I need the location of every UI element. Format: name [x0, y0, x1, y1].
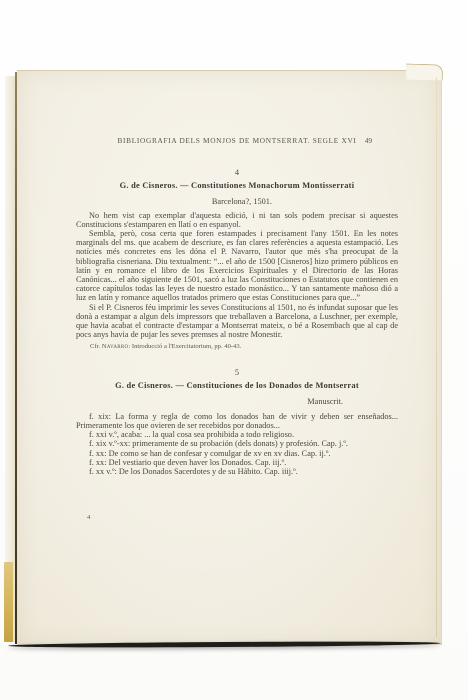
entry-5-folio-list: f. xix: La forma y regla de como los don… — [76, 412, 398, 476]
page-corner-curl — [406, 64, 443, 81]
entry-5-heading: G. de Cisneros. — Constituciones de los … — [76, 381, 398, 391]
book-photo: BIBLIOGRAFIA DELS MONJOS DE MONTSERRAT. … — [0, 0, 468, 700]
entry-4-footnote: Cfr. Navarro: Introducció a l'Exercitato… — [90, 343, 398, 351]
entry-4-imprint: Barcelona?, 1501. — [76, 197, 398, 206]
page-number: 49 — [365, 136, 372, 145]
entry-4-paragraph-2: Sembla, però, cosa certa que foren estam… — [76, 229, 398, 303]
running-header-text: BIBLIOGRAFIA DELS MONJOS DE MONTSERRAT. … — [117, 136, 356, 145]
entry-4-heading: G. de Cisneros. — Constitutiones Monacho… — [76, 181, 398, 191]
running-header: BIBLIOGRAFIA DELS MONJOS DE MONTSERRAT. … — [76, 136, 398, 145]
entry-5-imprint: Manuscrit. — [76, 397, 398, 406]
folio-entry: f. xx: Del vestiario que deven haver los… — [76, 458, 398, 467]
entry-4-paragraph-3: Si el P. Cisneros féu imprimir les seves… — [76, 303, 398, 340]
entry-5-number: 5 — [76, 368, 398, 377]
footnote-author: Navarro — [102, 343, 129, 350]
folio-entry: f. xx v.º: De los Donados Sacerdotes y d… — [76, 467, 398, 476]
page-right-edge-line — [436, 77, 437, 637]
page-content: BIBLIOGRAFIA DELS MONJOS DE MONTSERRAT. … — [76, 136, 398, 476]
folio-entry: f. xix v.º-xx: primeramente de su probac… — [76, 439, 398, 448]
footnote-prefix: Cfr. — [90, 343, 102, 350]
footnote-reference: : Introducció a l'Exercitatorium, pp. 40… — [128, 343, 241, 350]
folio-entry: f. xix: La forma y regla de como los don… — [76, 412, 398, 430]
entry-4-paragraph-1: No hem vist cap exemplar d'aquesta edici… — [76, 211, 398, 229]
signature-mark: 4 — [87, 514, 90, 521]
entry-4-number: 4 — [76, 168, 398, 177]
folio-entry: f. xx: De como se han de confesar y comu… — [76, 449, 398, 458]
cover-edge-left — [4, 562, 13, 642]
folio-entry: f. xxi v.º, acaba: ... la qual cosa sea … — [76, 430, 398, 439]
